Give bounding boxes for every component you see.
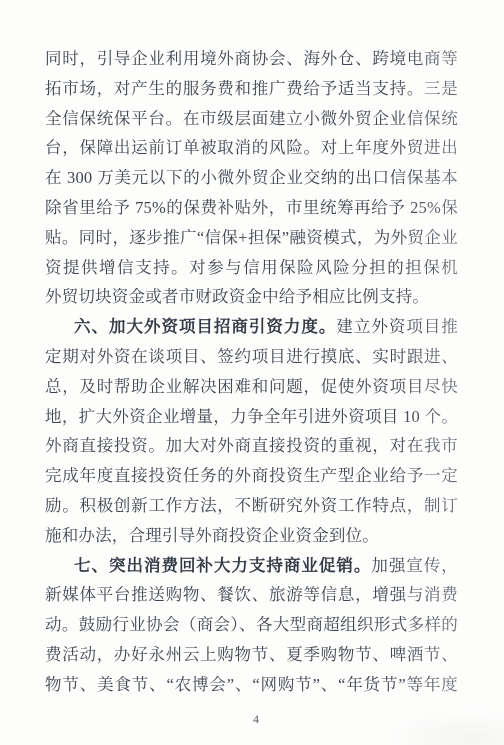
text-line: 定期对外资在谈项目、签约项目进行摸底、实时跟进、调度汇	[45, 342, 458, 372]
text-line: 拓市场，对产生的服务费和推广费给予适当支持。三是建立健	[45, 74, 458, 104]
body-text: 外商直接投资。加大对外商直接投资的重视，对在我市注册且	[45, 436, 458, 461]
text-line: 施和办法，合理引导外商投资企业资金到位。	[45, 521, 458, 551]
body-text: 地，扩大外资企业增量，力争全年引进外资项目 10 个。鼓励	[45, 407, 458, 432]
body-text: 动。鼓励行业协会（商会）、各大型商超组织形式多样的促消	[45, 615, 458, 640]
text-line: 地，扩大外资企业增量，力争全年引进外资项目 10 个。鼓励	[45, 402, 458, 432]
body-text: 总，及时帮助企业解决困难和问题，促使外资项目尽快签约落	[45, 377, 458, 402]
body-text: 定期对外资在谈项目、签约项目进行摸底、实时跟进、调度汇	[45, 347, 458, 372]
text-line: 七、突出消费回补大力支持商业促销。加强宣传，利用各	[45, 551, 458, 581]
paragraph-section-6: 六、加大外资项目招商引资力度。建立外资项目推进机制，定期对外资在谈项目、签约项目…	[45, 312, 458, 550]
text-line: 外贸切块资金或者市财政资金中给予相应比例支持。	[45, 282, 458, 312]
text-line: 励。积极创新工作方法，不断研究外资工作特点，制订有效措	[45, 491, 458, 521]
body-text: 励。积极创新工作方法，不断研究外资工作特点，制订有效措	[45, 496, 458, 521]
body-text: 台，保障出运前订单被取消的风险。对上年度外贸进出口总额	[45, 138, 458, 163]
body-text: 外贸切块资金或者市财政资金中给予相应比例支持。	[45, 287, 429, 306]
body-text: 新媒体平台推送购物、餐饮、旅游等信息，增强与消费者的互	[45, 585, 458, 610]
paragraph-section-7: 七、突出消费回补大力支持商业促销。加强宣传，利用各新媒体平台推送购物、餐饮、旅游…	[45, 551, 458, 700]
document-body: 同时，引导企业利用境外商协会、海外仓、跨境电商等资源开拓市场，对产生的服务费和推…	[45, 44, 458, 700]
text-line: 费活动，办好永州云上购物节、夏季购物节、啤酒节、金秋购	[45, 640, 458, 670]
text-line: 同时，引导企业利用境外商协会、海外仓、跨境电商等资源开	[45, 44, 458, 74]
page-footer: 4	[0, 710, 504, 728]
body-text: 物节、美食节、“农博会”、“网购节”、“年货节”等年度	[45, 675, 458, 694]
section-heading-text: 六、加大外资项目招商引资力度。	[74, 317, 336, 336]
text-line: 新媒体平台推送购物、餐饮、旅游等信息，增强与消费者的互	[45, 580, 458, 610]
document-page: 同时，引导企业利用境外商协会、海外仓、跨境电商等资源开拓市场，对产生的服务费和推…	[0, 0, 504, 745]
text-line: 在 300 万美元以下的小微外贸企业交纳的出口信保基本费用，	[45, 163, 458, 193]
text-line: 资提供增信支持。对参与信用保险风险分担的担保机构，从省	[45, 253, 458, 283]
text-line: 六、加大外资项目招商引资力度。建立外资项目推进机制，	[45, 312, 458, 342]
body-text: 资提供增信支持。对参与信用保险风险分担的担保机构，从省	[45, 258, 458, 283]
text-line: 全信保统保平台。在市级层面建立小微外贸企业信保统保平	[45, 104, 458, 134]
text-line: 动。鼓励行业协会（商会）、各大型商超组织形式多样的促消	[45, 610, 458, 640]
body-text: 全信保统保平台。在市级层面建立小微外贸企业信保统保平	[45, 109, 458, 134]
body-text: 费活动，办好永州云上购物节、夏季购物节、啤酒节、金秋购	[45, 645, 458, 670]
text-line: 物节、美食节、“农博会”、“网购节”、“年货节”等年度	[45, 670, 458, 700]
text-line: 总，及时帮助企业解决困难和问题，促使外资项目尽快签约落	[45, 372, 458, 402]
text-line: 外商直接投资。加大对外商直接投资的重视，对在我市注册且	[45, 431, 458, 461]
body-text: 完成年度直接投资任务的外商投资生产型企业给予一定的奖	[45, 466, 458, 491]
body-text: 施和办法，合理引导外商投资企业资金到位。	[45, 526, 379, 545]
body-text: 在 300 万美元以下的小微外贸企业交纳的出口信保基本费用，	[45, 168, 458, 193]
body-text: 同时，引导企业利用境外商协会、海外仓、跨境电商等资源开	[45, 49, 458, 74]
text-line: 台，保障出运前订单被取消的风险。对上年度外贸进出口总额	[45, 133, 458, 163]
paragraph-continued: 同时，引导企业利用境外商协会、海外仓、跨境电商等资源开拓市场，对产生的服务费和推…	[45, 44, 458, 312]
body-text: 除省里给予 75%的保费补贴外，市里统筹再给予 25%保费补	[45, 198, 458, 223]
text-line: 完成年度直接投资任务的外商投资生产型企业给予一定的奖	[45, 461, 458, 491]
text-line: 贴。同时，逐步推广“信保+担保”融资模式，为外贸企业融	[45, 223, 458, 253]
body-text: 贴。同时，逐步推广“信保+担保”融资模式，为外贸企业融	[45, 228, 458, 253]
page-number: 4	[253, 712, 259, 726]
text-line: 除省里给予 75%的保费补贴外，市里统筹再给予 25%保费补	[45, 193, 458, 223]
body-text: 拓市场，对产生的服务费和推广费给予适当支持。三是建立健	[45, 79, 458, 104]
section-heading-text: 七、突出消费回补大力支持商业促销。	[74, 556, 371, 575]
